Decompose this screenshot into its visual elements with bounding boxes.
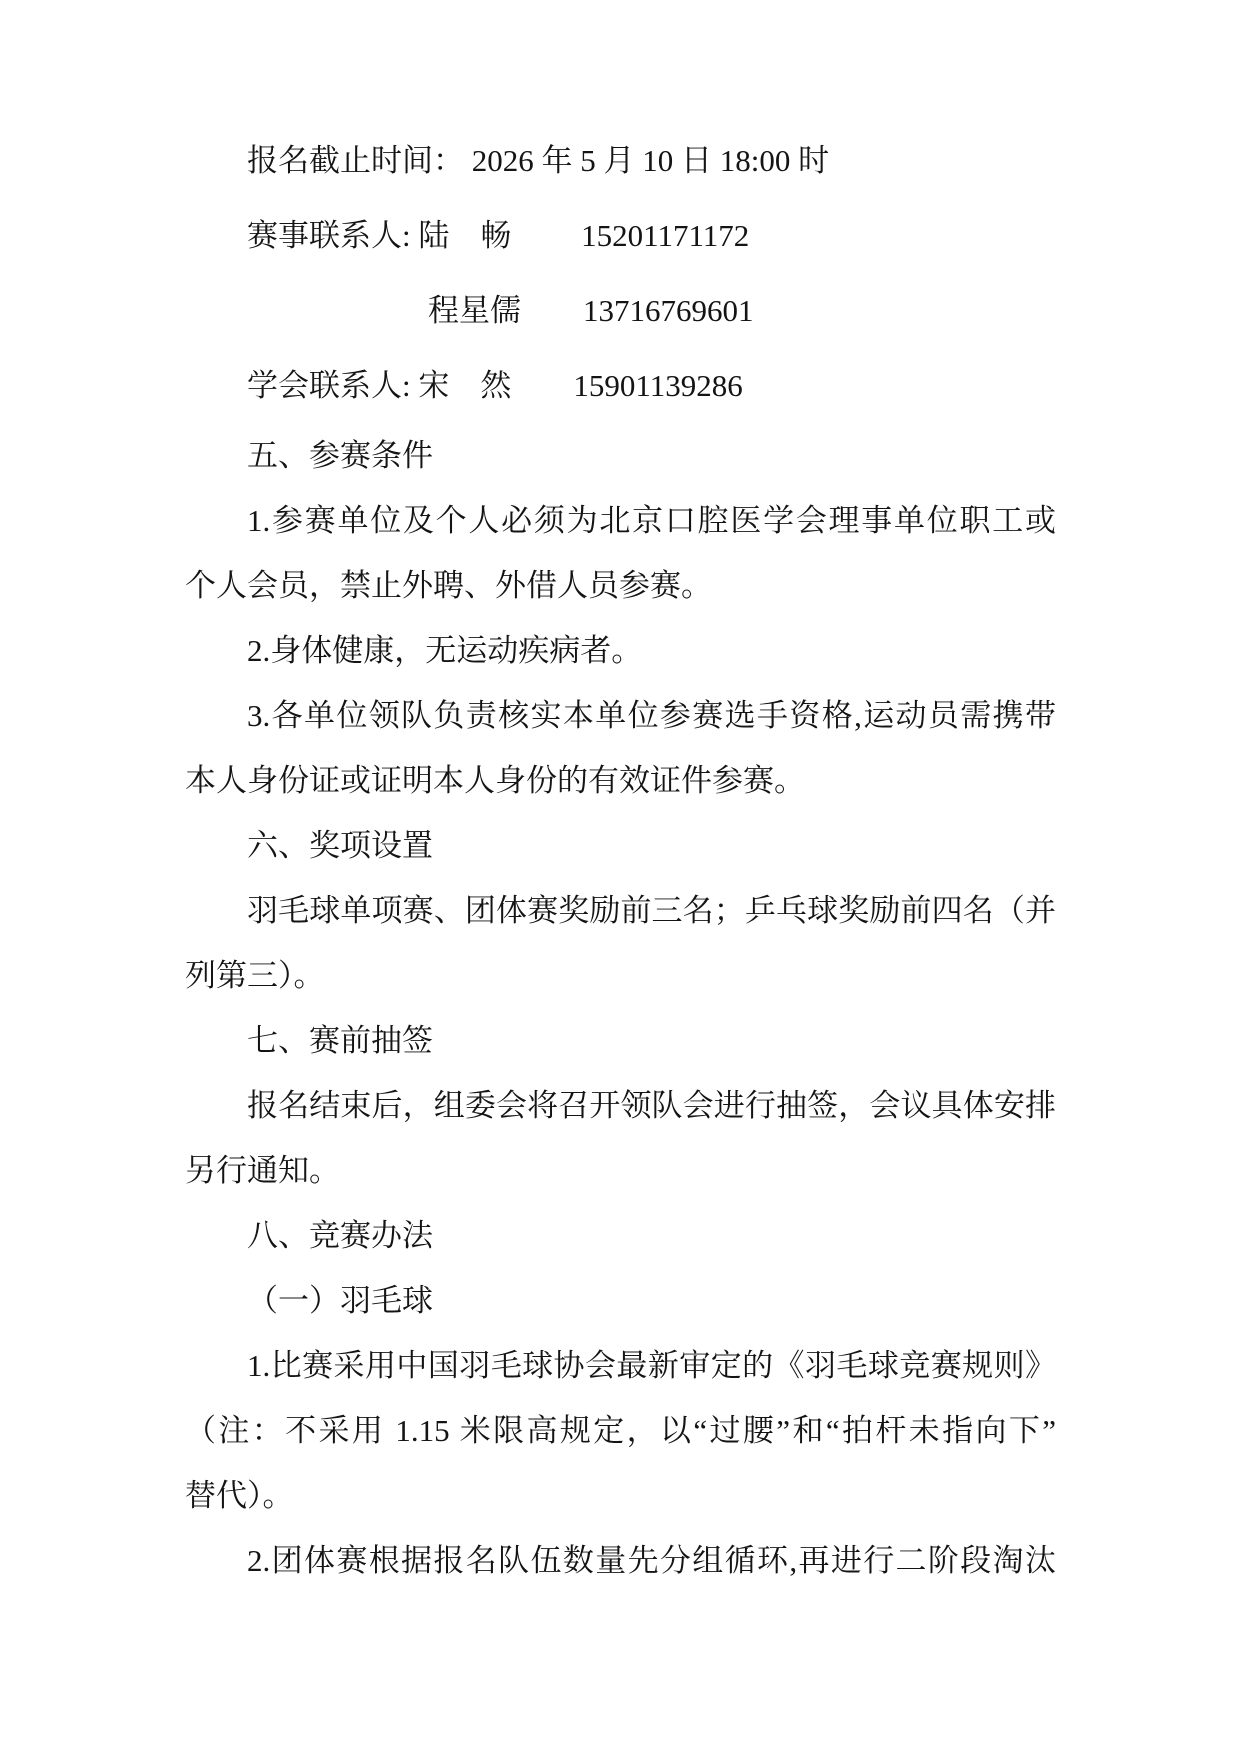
entry-condition-3-line-1: 3.各单位领队负责核实本单位参赛选手资格,运动员需携带 — [185, 683, 1056, 748]
event-contact-line-1: 赛事联系人: 陆 畅 15201171172 — [185, 198, 1056, 273]
registration-deadline-line: 报名截止时间： 2026 年 5 月 10 日 18:00 时 — [185, 123, 1056, 198]
badminton-subheading: （一）羽毛球 — [185, 1268, 1056, 1333]
badminton-rule-2-line-1: 2.团体赛根据报名队伍数量先分组循环,再进行二阶段淘汰 — [185, 1528, 1056, 1593]
section-7-heading: 七、赛前抽签 — [185, 1008, 1056, 1073]
entry-condition-2: 2.身体健康，无运动疾病者。 — [185, 618, 1056, 683]
entry-condition-3-line-2: 本人身份证或证明本人身份的有效证件参赛。 — [185, 748, 1056, 813]
awards-line-1: 羽毛球单项赛、团体赛奖励前三名；乒乓球奖励前四名（并 — [185, 878, 1056, 943]
entry-condition-1-line-2: 个人会员，禁止外聘、外借人员参赛。 — [185, 553, 1056, 618]
badminton-rule-1-line-2: （注：不采用 1.15 米限高规定，以“过腰”和“拍杆未指向下” — [185, 1398, 1056, 1463]
entry-condition-1-line-1: 1.参赛单位及个人必须为北京口腔医学会理事单位职工或 — [185, 488, 1056, 553]
section-6-heading: 六、奖项设置 — [185, 813, 1056, 878]
section-5-heading: 五、参赛条件 — [185, 423, 1056, 488]
society-contact-line: 学会联系人: 宋 然 15901139286 — [185, 348, 1056, 423]
section-8-heading: 八、竞赛办法 — [185, 1203, 1056, 1268]
awards-line-2: 列第三）。 — [185, 943, 1056, 1008]
badminton-rule-1-line-3: 替代）。 — [185, 1463, 1056, 1528]
draw-line-2: 另行通知。 — [185, 1138, 1056, 1203]
draw-line-1: 报名结束后，组委会将召开领队会进行抽签，会议具体安排 — [185, 1073, 1056, 1138]
document-body: 报名截止时间： 2026 年 5 月 10 日 18:00 时赛事联系人: 陆 … — [185, 123, 1056, 1593]
event-contact-line-2: 程星儒 13716769601 — [185, 273, 1056, 348]
badminton-rule-1-line-1: 1.比赛采用中国羽毛球协会最新审定的《羽毛球竞赛规则》 — [185, 1333, 1056, 1398]
document-page: 报名截止时间： 2026 年 5 月 10 日 18:00 时赛事联系人: 陆 … — [0, 0, 1241, 1754]
